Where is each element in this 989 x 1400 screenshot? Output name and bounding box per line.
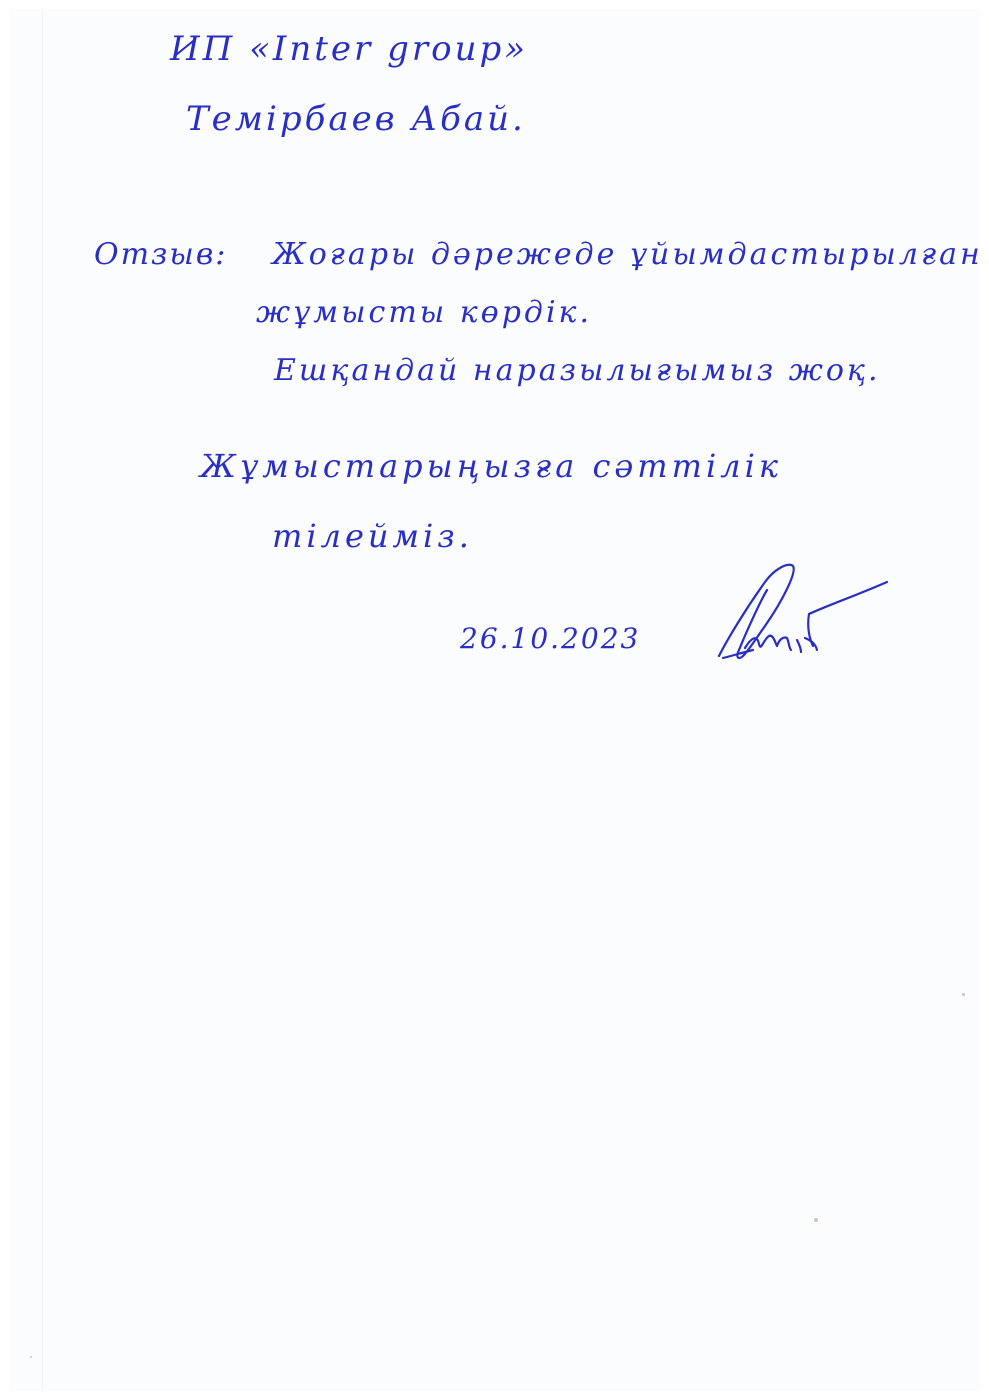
review-line-2: жұмысты көрдік. — [256, 298, 592, 328]
document-date: 26.10.2023 — [460, 625, 640, 653]
scan-speck — [30, 1356, 32, 1358]
scan-speck — [814, 1218, 818, 1222]
review-line-3: Ешқандай наразылығымыз жоқ. — [274, 356, 881, 386]
scanned-page — [9, 9, 980, 1391]
person-name: Темірбаев Абай. — [186, 102, 526, 136]
review-label: Отзыв: — [94, 240, 227, 270]
closing-line-2: тілейміз. — [272, 520, 473, 552]
organization-name: ИП «Inter group» — [170, 32, 528, 66]
signature-icon — [705, 560, 895, 670]
page-edge-line — [42, 9, 43, 1391]
review-line-1: Жоғары дәрежеде ұйымдастырылған — [272, 240, 983, 270]
scan-speck — [962, 993, 965, 996]
closing-line-1: Жұмыстарыңызға сәттілік — [200, 450, 782, 482]
